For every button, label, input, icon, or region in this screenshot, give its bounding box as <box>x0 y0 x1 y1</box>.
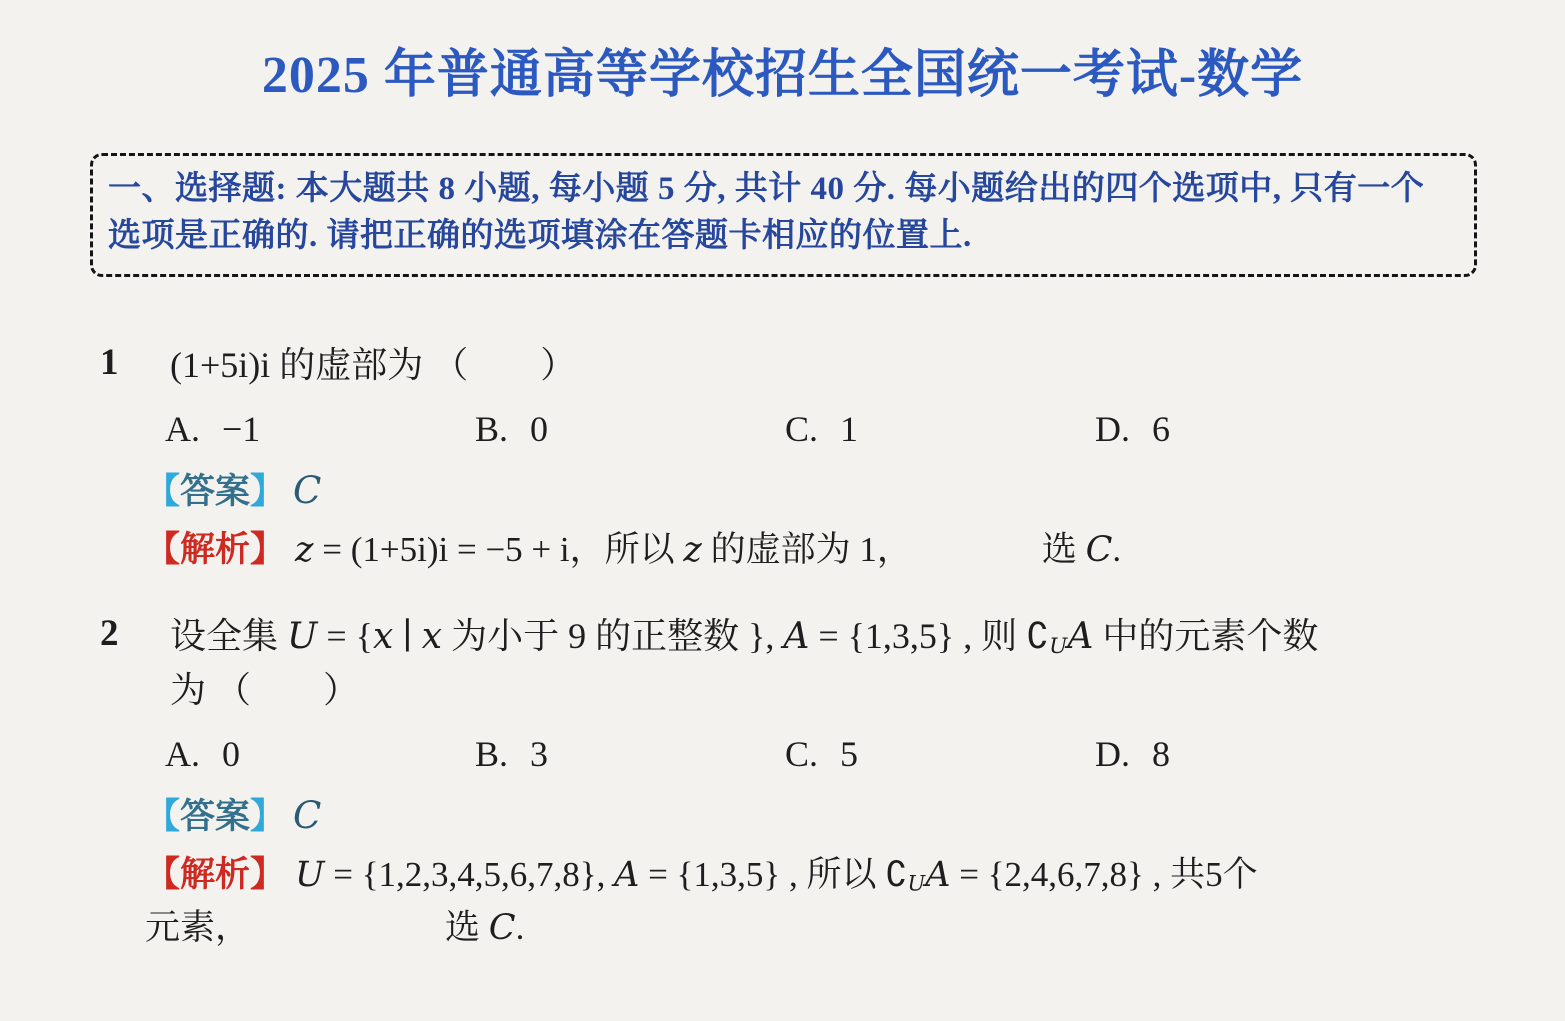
option-label: A. <box>165 408 200 450</box>
option-value: −1 <box>222 409 260 449</box>
text-segment: = (1+5i)i = −5 + i，所以 <box>313 530 683 569</box>
option-value: 3 <box>530 734 548 774</box>
text-segment: 【解析】 <box>145 855 285 894</box>
question-2-stem-line-2: 为 （ ） <box>170 664 1510 717</box>
option-label: B. <box>475 408 508 450</box>
text-segment: 答案 <box>180 472 250 511</box>
text-segment: = {1,2,3,4,5,6,7,8}, <box>325 855 615 894</box>
question-1-answer: 【答案】C <box>145 464 1510 514</box>
text-segment: U <box>287 616 317 657</box>
question-1-stem-line-1: (1+5i)i 的虚部为 （ ） <box>170 339 1510 392</box>
question-1-option-d: D.6 <box>1095 408 1405 450</box>
text-segment: U <box>908 872 926 896</box>
option-label: D. <box>1095 408 1130 450</box>
text-segment: (1+5i)i 的虚部为 （ ） <box>170 345 576 385</box>
text-segment: ∣ <box>393 616 421 656</box>
text-segment: 设全集 <box>170 616 287 656</box>
question-2-option-a: A.0 <box>165 733 475 775</box>
text-segment: 】 <box>250 472 285 511</box>
text-segment: z <box>295 530 313 570</box>
text-segment: = {1,3,5} , 则 <box>809 616 1026 656</box>
question-1: 1 (1+5i)i 的虚部为 （ ） A.−1 B.0 C.1 D.6 【答案】… <box>100 339 1510 577</box>
exam-page: 2025 年普通高等学校招生全国统一考试-数学 一、选择题: 本大题共 8 小题… <box>0 0 1565 1021</box>
text-segment: 选 <box>445 908 489 947</box>
text-segment: C <box>293 469 321 512</box>
text-segment: = {2,4,6,7,8} , 共5个 <box>951 855 1258 894</box>
question-2-analysis: 【解析】U = {1,2,3,4,5,6,7,8}, A = {1,3,5} ,… <box>145 849 1510 954</box>
option-value: 5 <box>840 734 858 774</box>
option-label: C. <box>785 733 818 775</box>
question-2-number: 2 <box>100 612 119 655</box>
exam-title: 2025 年普通高等学校招生全国统一考试-数学 <box>0 0 1565 107</box>
option-value: 0 <box>222 734 240 774</box>
question-2-analysis-line-2: 元素，选 C. <box>145 902 1510 955</box>
text-segment: x <box>373 616 393 657</box>
question-2-option-d: D.8 <box>1095 733 1405 775</box>
question-2-option-c: C.5 <box>785 733 1095 775</box>
question-2: 2 设全集 U = {x ∣ x 为小于 9 的正整数 }, A = {1,3,… <box>100 610 1510 954</box>
option-value: 8 <box>1152 734 1170 774</box>
text-segment: C <box>293 794 321 837</box>
question-2-option-b: B.3 <box>475 733 785 775</box>
question-1-options: A.−1 B.0 C.1 D.6 <box>165 408 1510 450</box>
text-segment: U <box>1049 634 1067 659</box>
text-segment: C <box>489 908 516 948</box>
text-segment: ∁ <box>885 855 907 894</box>
option-label: C. <box>785 408 818 450</box>
instruction-line-1: 一、选择题: 本大题共 8 小题, 每小题 5 分, 共计 40 分. 每小题给… <box>108 166 1459 213</box>
text-segment: = { <box>317 616 373 656</box>
option-label: A. <box>165 733 200 775</box>
text-segment: 答案 <box>180 797 250 836</box>
text-segment: 【 <box>145 472 180 511</box>
question-1-analysis: 【解析】z = (1+5i)i = −5 + i，所以 z 的虚部为 1，选 C… <box>145 524 1510 577</box>
text-segment: U <box>295 855 325 895</box>
text-segment: A <box>925 855 950 895</box>
question-2-stem: 设全集 U = {x ∣ x 为小于 9 的正整数 }, A = {1,3,5}… <box>170 610 1510 717</box>
text-segment: 选 <box>1042 530 1086 569</box>
text-segment: x <box>422 616 442 657</box>
question-2-stem-line-1: 设全集 U = {x ∣ x 为小于 9 的正整数 }, A = {1,3,5}… <box>170 610 1510 663</box>
question-1-option-c: C.1 <box>785 408 1095 450</box>
text-segment: C <box>1086 530 1113 570</box>
option-label: D. <box>1095 733 1130 775</box>
text-segment: . <box>1112 530 1121 569</box>
question-1-option-a: A.−1 <box>165 408 475 450</box>
question-2-analysis-line-1: 【解析】U = {1,2,3,4,5,6,7,8}, A = {1,3,5} ,… <box>145 849 1510 902</box>
text-segment: . <box>516 908 525 947</box>
text-segment: 【 <box>145 797 180 836</box>
question-2-answer: 【答案】C <box>145 789 1510 839</box>
question-1-option-b: B.0 <box>475 408 785 450</box>
text-segment: A <box>1067 616 1093 657</box>
text-segment: A <box>614 855 639 895</box>
text-segment: = {1,3,5} , 所以 <box>639 855 885 894</box>
question-1-stem: (1+5i)i 的虚部为 （ ） <box>170 339 1510 392</box>
instruction-box: 一、选择题: 本大题共 8 小题, 每小题 5 分, 共计 40 分. 每小题给… <box>90 153 1477 277</box>
instruction-line-2: 选项是正确的. 请把正确的选项填涂在答题卡相应的位置上. <box>108 213 1459 260</box>
text-segment: 为 （ ） <box>170 670 359 710</box>
option-value: 6 <box>1152 409 1170 449</box>
text-segment: ∁ <box>1026 616 1049 656</box>
question-1-analysis-line-1: 【解析】z = (1+5i)i = −5 + i，所以 z 的虚部为 1，选 C… <box>145 524 1510 577</box>
option-label: B. <box>475 733 508 775</box>
question-1-number: 1 <box>100 341 119 384</box>
text-segment: 的虚部为 1， <box>702 530 912 569</box>
option-value: 1 <box>840 409 858 449</box>
question-2-options: A.0 B.3 C.5 D.8 <box>165 733 1510 775</box>
text-segment: 中的元素个数 <box>1093 616 1318 656</box>
text-segment: 【解析】 <box>145 530 285 569</box>
text-segment: 为小于 9 的正整数 }, <box>442 616 783 656</box>
text-segment: 元素， <box>145 908 250 947</box>
option-value: 0 <box>530 409 548 449</box>
text-segment: A <box>783 616 809 657</box>
text-segment: z <box>683 530 701 570</box>
text-segment: 】 <box>250 797 285 836</box>
